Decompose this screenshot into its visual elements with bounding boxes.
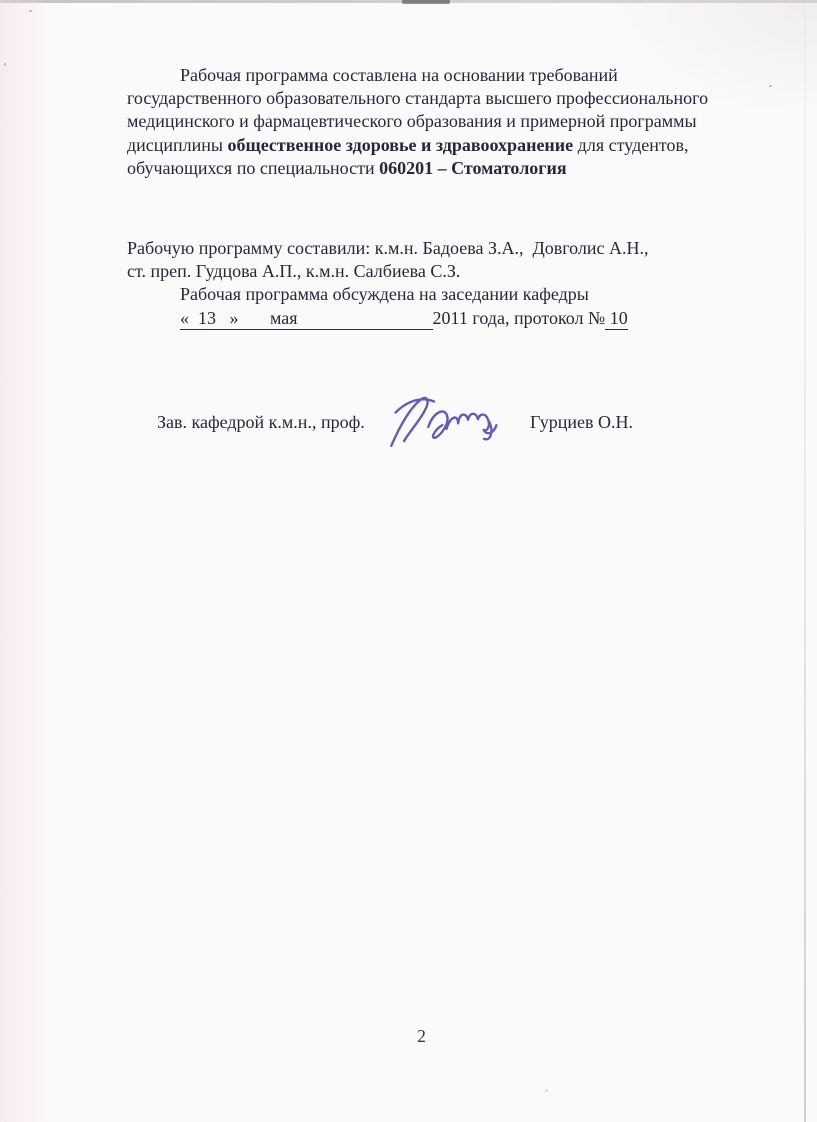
discussion-text: Рабочая программа обсуждена на заседании…	[180, 284, 589, 304]
date-underlined-segment: « 13 » мая	[180, 308, 433, 330]
scan-speck	[769, 85, 772, 87]
authors-text: ст. преп. Гудцова А.П., к.м.н. Салбиева …	[127, 261, 460, 281]
intro-line: обучающихся по специальности 060201 – Ст…	[127, 157, 759, 180]
authors-line: ст. преп. Гудцова А.П., к.м.н. Салбиева …	[127, 260, 759, 283]
scan-left-tint	[0, 0, 52, 1122]
scan-speck	[545, 1089, 548, 1092]
intro-text: дисциплины	[127, 135, 228, 155]
intro-line: государственного образовательного станда…	[127, 87, 759, 110]
specialty-code-bold: 060201 – Стоматология	[379, 158, 566, 178]
intro-text: медицинского и фармацевтического образов…	[127, 111, 697, 131]
scan-speck	[4, 63, 6, 66]
intro-line: дисциплины общественное здоровье и здрав…	[127, 134, 759, 157]
protocol-number-underlined: 10	[605, 308, 628, 330]
approval-label: Зав. кафедрой к.м.н., проф.	[157, 411, 365, 434]
page-number: 2	[0, 1026, 817, 1047]
intro-text: обучающихся по специальности	[127, 158, 379, 178]
intro-text: государственного образовательного станда…	[127, 88, 708, 108]
discussion-line: Рабочая программа обсуждена на заседании…	[127, 283, 759, 306]
approval-name: Гурциев О.Н.	[530, 411, 633, 434]
authors-paragraph: Рабочую программу составили: к.м.н. Бадо…	[127, 237, 759, 330]
intro-text: Рабочая программа составлена на основани…	[180, 65, 618, 85]
scanned-document-page: Рабочая программа составлена на основани…	[0, 0, 817, 1122]
protocol-date-line: « 13 » мая 2011 года, протокол № 10	[127, 307, 759, 330]
scan-top-smudge	[402, 0, 450, 4]
intro-text: для студентов,	[573, 135, 688, 155]
signature-icon	[378, 383, 510, 457]
scan-speck	[29, 10, 32, 12]
authors-line: Рабочую программу составили: к.м.н. Бадо…	[127, 237, 759, 260]
authors-text: Рабочую программу составили: к.м.н. Бадо…	[127, 238, 649, 258]
intro-line: Рабочая программа составлена на основани…	[127, 64, 759, 87]
scan-right-edge-line	[804, 0, 806, 1122]
intro-line: медицинского и фармацевтического образов…	[127, 110, 759, 133]
intro-paragraph: Рабочая программа составлена на основани…	[127, 64, 759, 180]
protocol-middle-text: 2011 года, протокол №	[433, 308, 606, 328]
discipline-name-bold: общественное здоровье и здравоохранение	[228, 135, 574, 155]
